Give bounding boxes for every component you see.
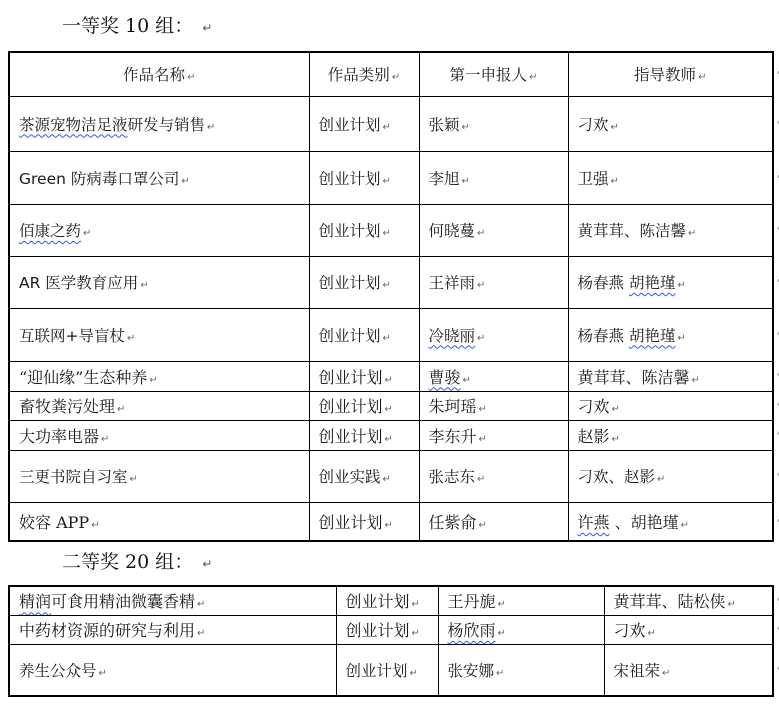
table-cell: 刁欢↵ — [568, 96, 773, 151]
column-header: 指导教师↵ — [568, 52, 773, 96]
paragraph-mark-icon: ↵ — [392, 72, 400, 83]
cell-text: 作品名称 — [123, 66, 185, 84]
first-prize-table-body: 茶源宠物洁足液研发与销售↵创业计划↵张颖↵刁欢↵Green 防病毒口罩公司↵创业… — [9, 96, 773, 541]
table-cell: 创业计划↵ — [309, 151, 419, 204]
cell-text: 黄茸茸、陆松侠 — [614, 592, 726, 611]
spellcheck-wavy-text: 冷晓丽 — [429, 327, 476, 345]
column-header: 第一申报人↵ — [419, 52, 568, 96]
second-prize-table-wrap: 精润可食用精油微囊香精↵创业计划↵王丹旎↵黄茸茸、陆松侠↵中药材资源的研究与利用… — [8, 585, 774, 697]
table-cell: 杨春燕 胡艳瑾↵ — [568, 308, 773, 361]
second-prize-table: 精润可食用精油微囊香精↵创业计划↵王丹旎↵黄茸茸、陆松侠↵中药材资源的研究与利用… — [8, 585, 774, 697]
paragraph-mark-icon: ↵ — [479, 520, 487, 531]
paragraph-mark-icon: ↵ — [197, 599, 205, 610]
paragraph-mark-icon: ↵ — [410, 668, 418, 679]
table-row: 大功率电器↵创业计划↵李东升↵赵影↵ — [9, 420, 773, 450]
spellcheck-wavy-text: 曹骏 — [429, 368, 461, 387]
table-cell: 张安娜↵ — [438, 644, 604, 696]
paragraph-mark-icon: ↵ — [657, 474, 665, 485]
paragraph-mark-icon: ↵ — [130, 474, 138, 485]
table-row: AR 医学教育应用↵创业计划↵王祥雨↵杨春燕 胡艳瑾↵ — [9, 256, 773, 308]
paragraph-mark-icon: ↵ — [383, 122, 391, 133]
paragraph-mark-icon: ↵ — [496, 668, 504, 679]
cell-text: 王丹旎 — [448, 592, 496, 611]
first-prize-heading: 一等奖 10 组：↵ — [62, 11, 212, 38]
paragraph-mark-icon: ↵ — [99, 668, 107, 679]
spellcheck-wavy-text: 许燕 — [578, 513, 610, 532]
table-row: 三更书院自习室↵创业实践↵张志东↵刁欢、赵影↵ — [9, 450, 773, 502]
cell-text: 创业计划 — [319, 397, 383, 416]
table-cell: 何晓蔓↵ — [419, 204, 568, 256]
table-row: 姣容 APP↵创业计划↵任紫俞↵许燕 、胡艳瑾↵ — [9, 502, 773, 541]
cell-text: 互联网+导盲杖 — [19, 327, 125, 345]
table-row: 互联网+导盲杖↵创业计划↵冷晓丽↵杨春燕 胡艳瑾↵ — [9, 308, 773, 361]
table-cell: 养生公众号↵ — [9, 644, 336, 696]
paragraph-mark-icon: ↵ — [463, 375, 471, 386]
paragraph-mark-icon: ↵ — [498, 628, 506, 639]
paragraph-mark-icon: ↵ — [611, 122, 619, 133]
cell-text: 创业计划 — [319, 513, 383, 532]
table-cell: 创业计划↵ — [336, 644, 438, 696]
paragraph-mark-icon: ↵ — [383, 280, 391, 291]
paragraph-mark-icon: ↵ — [202, 557, 212, 571]
table-cell: “迎仙缘”生态种养↵ — [9, 361, 309, 391]
table-row: Green 防病毒口罩公司↵创业计划↵李旭↵卫强↵ — [9, 151, 773, 204]
paragraph-mark-icon: ↵ — [477, 280, 485, 291]
table-cell: 张颖↵ — [419, 96, 568, 151]
cell-text: 、胡艳瑾 — [610, 513, 679, 532]
cell-text: 刁欢 — [614, 621, 646, 640]
table-cell: 创业计划↵ — [309, 96, 419, 151]
first-prize-table: 作品名称↵作品类别↵第一申报人↵指导教师↵ 茶源宠物洁足液研发与销售↵创业计划↵… — [8, 51, 774, 542]
paragraph-mark-icon: ↵ — [698, 72, 706, 83]
table-cell: 黄茸茸、陈洁馨↵ — [568, 361, 773, 391]
cell-text: 三更书院自习室 — [19, 468, 128, 486]
table-cell: 茶源宠物洁足液研发与销售↵ — [9, 96, 309, 151]
cell-text: 中药材资源的研究与利用 — [19, 621, 195, 640]
table-cell: 刁欢↵ — [568, 391, 773, 420]
cell-text: 创业计划 — [319, 427, 383, 446]
paragraph-mark-icon: ↵ — [181, 176, 189, 187]
paragraph-mark-icon: ↵ — [498, 599, 506, 610]
cell-text: 宋祖荣 — [614, 662, 661, 680]
cell-text: 杨春燕 — [578, 274, 629, 292]
paragraph-mark-icon: ↵ — [479, 434, 487, 445]
paragraph-mark-icon: ↵ — [677, 280, 685, 291]
table-cell: 三更书院自习室↵ — [9, 450, 309, 502]
table-cell: 宋祖荣↵ — [604, 644, 773, 696]
table-row: 畜牧粪污处理↵创业计划↵朱珂瑶↵刁欢↵ — [9, 391, 773, 420]
column-header: 作品类别↵ — [309, 52, 419, 96]
cell-text: 何晓蔓 — [429, 222, 476, 240]
table-cell: 许燕 、胡艳瑾↵ — [568, 502, 773, 541]
table-row: 茶源宠物洁足液研发与销售↵创业计划↵张颖↵刁欢↵ — [9, 96, 773, 151]
cell-text: 创业计划 — [319, 274, 381, 292]
table-cell: 朱珂瑶↵ — [419, 391, 568, 420]
cell-text: 李东升 — [429, 427, 477, 446]
cell-text: 张颖 — [429, 116, 460, 134]
cell-text: 第一申报人 — [450, 66, 528, 84]
table-cell: 精润可食用精油微囊香精↵ — [9, 586, 336, 615]
cell-text: 作品类别 — [328, 66, 390, 84]
table-cell: 李旭↵ — [419, 151, 568, 204]
cell-text: 张安娜 — [448, 662, 495, 680]
first-prize-heading-text: 一等奖 10 组： — [62, 15, 193, 37]
paragraph-mark-icon: ↵ — [412, 599, 420, 610]
table-cell: 王丹旎↵ — [438, 586, 604, 615]
table-cell: AR 医学教育应用↵ — [9, 256, 309, 308]
second-prize-heading-text: 二等奖 20 组： — [62, 551, 193, 573]
cell-text: 杨春燕 — [578, 327, 629, 345]
paragraph-mark-icon: ↵ — [383, 333, 391, 344]
second-prize-heading: 二等奖 20 组：↵ — [62, 547, 212, 574]
column-header: 作品名称↵ — [9, 52, 309, 96]
paragraph-mark-icon: ↵ — [383, 474, 391, 485]
first-prize-table-wrap: 作品名称↵作品类别↵第一申报人↵指导教师↵ 茶源宠物洁足液研发与销售↵创业计划↵… — [8, 51, 774, 542]
table-cell: 创业计划↵ — [309, 308, 419, 361]
cell-text: 研发与销售 — [128, 116, 206, 134]
cell-text: 养生公众号 — [19, 662, 97, 680]
cell-text: 创业计划 — [319, 116, 381, 134]
paragraph-mark-icon: ↵ — [692, 375, 700, 386]
paragraph-mark-icon: ↵ — [677, 333, 685, 344]
paragraph-mark-icon: ↵ — [728, 599, 736, 610]
cell-text: 黄茸茸、陈洁馨 — [578, 222, 687, 240]
table-cell: 黄茸茸、陆松侠↵ — [604, 586, 773, 615]
table-cell: 创业计划↵ — [309, 391, 419, 420]
paragraph-mark-icon: ↵ — [383, 176, 391, 187]
paragraph-mark-icon: ↵ — [477, 228, 485, 239]
table-row: 中药材资源的研究与利用↵创业计划↵杨欣雨↵刁欢↵ — [9, 615, 773, 644]
cell-text: 指导教师 — [634, 66, 696, 84]
paragraph-mark-icon: ↵ — [477, 474, 485, 485]
second-prize-table-body: 精润可食用精油微囊香精↵创业计划↵王丹旎↵黄茸茸、陆松侠↵中药材资源的研究与利用… — [9, 586, 773, 696]
cell-text: 朱珂瑶 — [429, 397, 477, 416]
table-cell: 姣容 APP↵ — [9, 502, 309, 541]
paragraph-mark-icon: ↵ — [688, 228, 696, 239]
table-cell: 任紫俞↵ — [419, 502, 568, 541]
table-cell: 曹骏↵ — [419, 361, 568, 391]
table-cell: 赵影↵ — [568, 420, 773, 450]
paragraph-mark-icon: ↵ — [197, 628, 205, 639]
cell-text: 刁欢 — [578, 397, 610, 416]
cell-text: 可食用精油微囊香精 — [51, 592, 195, 611]
paragraph-mark-icon: ↵ — [462, 122, 470, 133]
table-cell: 刁欢、赵影↵ — [568, 450, 773, 502]
paragraph-mark-icon: ↵ — [529, 72, 537, 83]
paragraph-mark-icon: ↵ — [383, 228, 391, 239]
paragraph-mark-icon: ↵ — [127, 333, 135, 344]
table-cell: Green 防病毒口罩公司↵ — [9, 151, 309, 204]
table-row: 养生公众号↵创业计划↵张安娜↵宋祖荣↵ — [9, 644, 773, 696]
paragraph-mark-icon: ↵ — [385, 375, 393, 386]
table-cell: 创业计划↵ — [309, 361, 419, 391]
cell-text: 张志东 — [429, 468, 476, 486]
table-cell: 佰康之药↵ — [9, 204, 309, 256]
paragraph-mark-icon: ↵ — [612, 404, 620, 415]
spellcheck-wavy-text: 胡艳瑾 — [629, 274, 676, 292]
paragraph-mark-icon: ↵ — [385, 434, 393, 445]
paragraph-mark-icon: ↵ — [202, 21, 212, 35]
cell-text: 创业计划 — [346, 592, 410, 611]
table-cell: 创业计划↵ — [336, 586, 438, 615]
cell-text: 刁欢、赵影 — [578, 468, 656, 486]
table-cell: 互联网+导盲杖↵ — [9, 308, 309, 361]
table-cell: 创业实践↵ — [309, 450, 419, 502]
cell-text: 创业实践 — [319, 468, 381, 486]
paragraph-mark-icon: ↵ — [612, 434, 620, 445]
paragraph-mark-icon: ↵ — [101, 434, 109, 445]
cell-text: 刁欢 — [578, 116, 609, 134]
cell-text: “迎仙缘”生态种养 — [19, 368, 147, 387]
table-cell: 张志东↵ — [419, 450, 568, 502]
cell-text: 创业计划 — [346, 662, 408, 680]
table-cell: 冷晓丽↵ — [419, 308, 568, 361]
paragraph-mark-icon: ↵ — [117, 404, 125, 415]
table-cell: 创业计划↵ — [309, 502, 419, 541]
cell-text: 创业计划 — [319, 327, 381, 345]
cell-text: 创业计划 — [319, 222, 381, 240]
table-cell: 黄茸茸、陈洁馨↵ — [568, 204, 773, 256]
spellcheck-wavy-text: 茶源宠物洁足液 — [19, 116, 128, 134]
cell-text: 创业计划 — [319, 170, 381, 188]
table-cell: 杨欣雨↵ — [438, 615, 604, 644]
paragraph-mark-icon: ↵ — [681, 520, 689, 531]
paragraph-mark-icon: ↵ — [385, 520, 393, 531]
table-cell: 王祥雨↵ — [419, 256, 568, 308]
paragraph-mark-icon: ↵ — [385, 404, 393, 415]
paragraph-mark-icon: ↵ — [611, 176, 619, 187]
cell-text: AR 医学教育应用 — [19, 274, 138, 292]
table-cell: 中药材资源的研究与利用↵ — [9, 615, 336, 644]
spellcheck-wavy-text: 杨欣雨 — [448, 621, 496, 640]
paragraph-mark-icon: ↵ — [462, 176, 470, 187]
table-cell: 李东升↵ — [419, 420, 568, 450]
table-row: “迎仙缘”生态种养↵创业计划↵曹骏↵黄茸茸、陈洁馨↵ — [9, 361, 773, 391]
paragraph-mark-icon: ↵ — [207, 122, 215, 133]
header-row: 作品名称↵作品类别↵第一申报人↵指导教师↵ — [9, 52, 773, 96]
paragraph-mark-icon: ↵ — [412, 628, 420, 639]
spellcheck-wavy-text: 胡艳瑾 — [629, 327, 676, 345]
paragraph-mark-icon: ↵ — [187, 72, 195, 83]
cell-text: 大功率电器 — [19, 427, 99, 446]
paragraph-mark-icon: ↵ — [140, 280, 148, 291]
table-cell: 创业计划↵ — [309, 204, 419, 256]
table-row: 佰康之药↵创业计划↵何晓蔓↵黄茸茸、陈洁馨↵ — [9, 204, 773, 256]
table-cell: 创业计划↵ — [336, 615, 438, 644]
cell-text: Green 防病毒口罩公司 — [19, 170, 179, 188]
cell-text: 任紫俞 — [429, 513, 477, 532]
paragraph-mark-icon: ↵ — [477, 333, 485, 344]
cell-text: 姣容 APP — [19, 513, 89, 532]
spellcheck-wavy-text: 佰康之药 — [19, 222, 81, 240]
cell-text: 创业计划 — [319, 368, 383, 387]
cell-text: 创业计划 — [346, 621, 410, 640]
cell-text: 卫强 — [578, 170, 609, 188]
table-cell: 杨春燕 胡艳瑾↵ — [568, 256, 773, 308]
cell-text: 黄茸茸、陈洁馨 — [578, 368, 690, 387]
paragraph-mark-icon: ↵ — [662, 668, 670, 679]
cell-text: 赵影 — [578, 427, 610, 446]
table-cell: 卫强↵ — [568, 151, 773, 204]
paragraph-mark-icon: ↵ — [83, 228, 91, 239]
spellcheck-wavy-text: 精润 — [19, 592, 51, 611]
cell-text: 王祥雨 — [429, 274, 476, 292]
first-prize-table-header: 作品名称↵作品类别↵第一申报人↵指导教师↵ — [9, 52, 773, 96]
cell-text: 李旭 — [429, 170, 460, 188]
cell-text: 畜牧粪污处理 — [19, 397, 115, 416]
table-cell: 创业计划↵ — [309, 256, 419, 308]
table-cell: 大功率电器↵ — [9, 420, 309, 450]
table-row: 精润可食用精油微囊香精↵创业计划↵王丹旎↵黄茸茸、陆松侠↵ — [9, 586, 773, 615]
table-cell: 畜牧粪污处理↵ — [9, 391, 309, 420]
paragraph-mark-icon: ↵ — [648, 628, 656, 639]
paragraph-mark-icon: ↵ — [149, 375, 157, 386]
paragraph-mark-icon: ↵ — [91, 520, 99, 531]
table-cell: 创业计划↵ — [309, 420, 419, 450]
document-page: { "marks": { "paragraph": "↵", "row_end"… — [0, 0, 779, 706]
table-cell: 刁欢↵ — [604, 615, 773, 644]
paragraph-mark-icon: ↵ — [479, 404, 487, 415]
